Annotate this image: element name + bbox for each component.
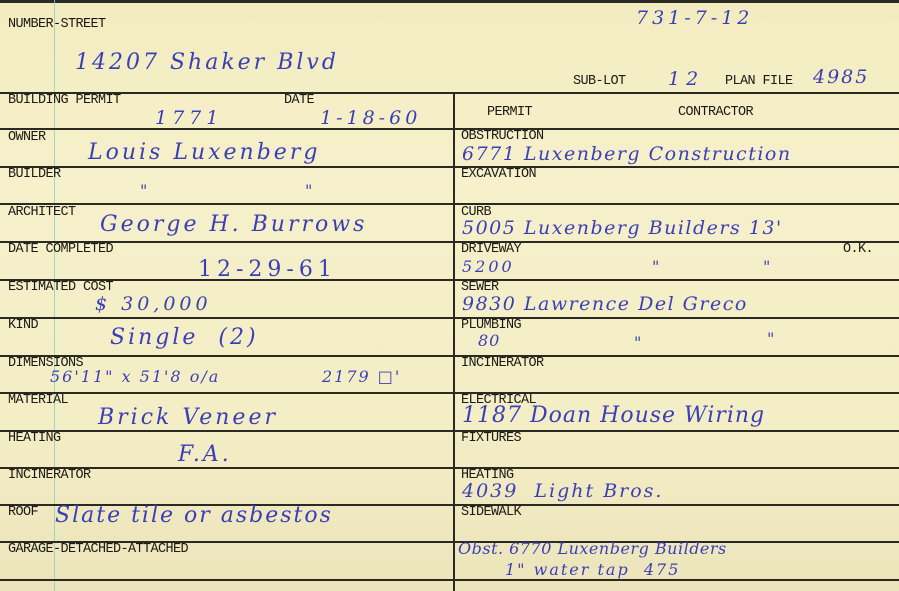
building-permit-value: 1771 (155, 109, 223, 128)
dimensions-area: 2179 □' (322, 369, 401, 385)
driveway-value: 5200 (462, 259, 515, 275)
electrical-value: 1187 Doan House Wiring (462, 405, 765, 427)
driveway-ditto: " (763, 259, 771, 275)
kind-value: Single (2) (110, 327, 259, 349)
rule (0, 203, 899, 205)
rule (0, 279, 899, 281)
sub-lot-value: 12 (668, 70, 704, 89)
rule (0, 92, 899, 94)
rule (0, 128, 899, 130)
driveway-status: O.K. (843, 243, 873, 257)
rule (0, 355, 899, 357)
roof-label: ROOF (8, 506, 38, 520)
column-divider (453, 92, 455, 591)
incinerator-right-label: INCINERATOR (461, 357, 544, 371)
rule (0, 430, 899, 432)
heating-right-value: 4039 Light Bros. (462, 482, 663, 501)
note-line-1: Obst. 6770 Luxenberg Builders (458, 541, 727, 557)
date-completed-value: 12-29-61 (198, 259, 337, 281)
excavation-label: EXCAVATION (461, 168, 536, 182)
builder-ditto: " (140, 183, 148, 199)
rule (0, 166, 899, 168)
architect-value: George H. Burrows (100, 214, 367, 236)
heating-value: F.A. (178, 444, 232, 466)
rule (0, 241, 899, 243)
driveway-label: DRIVEWAY (461, 243, 521, 257)
plumbing-ditto: " (634, 335, 642, 351)
material-value: Brick Veneer (98, 407, 278, 429)
date-value: 1-18-60 (320, 109, 421, 128)
builder-label: BUILDER (8, 168, 61, 182)
garage-label: GARAGE-DETACHED-ATTACHED (8, 543, 188, 557)
number-street-label: NUMBER-STREET (8, 18, 106, 32)
card-top-edge (0, 0, 899, 3)
address-value: 14207 Shaker Blvd (75, 52, 339, 74)
sub-lot-label: SUB-LOT (573, 75, 626, 89)
plumbing-ditto: " (767, 331, 775, 347)
rule (0, 579, 899, 581)
permit-header: PERMIT (487, 106, 532, 120)
fixtures-label: FIXTURES (461, 432, 521, 446)
incinerator-label: INCINERATOR (8, 469, 91, 483)
obstruction-label: OBSTRUCTION (461, 130, 544, 144)
plan-file-label: PLAN FILE (725, 75, 793, 89)
reference-number: 731-7-12 (636, 9, 753, 28)
rule (0, 392, 899, 394)
builder-ditto: " (305, 183, 313, 199)
rule (0, 467, 899, 469)
dimensions-value: 56'11" x 51'8 o/a (50, 369, 220, 385)
date-completed-label: DATE COMPLETED (8, 243, 113, 257)
sidewalk-label: SIDEWALK (461, 506, 521, 520)
rule (0, 317, 899, 319)
kind-label: KIND (8, 319, 38, 333)
plan-file-value: 4985 (813, 68, 869, 87)
curb-value: 5005 Luxenberg Builders 13' (462, 219, 783, 238)
material-label: MATERIAL (8, 394, 68, 408)
estimated-cost-value: $ 30,000 (95, 295, 212, 314)
plumbing-value: 80 (478, 333, 500, 349)
heating-label: HEATING (8, 432, 61, 446)
building-permit-label: BUILDING PERMIT (8, 94, 121, 108)
building-record-card: NUMBER-STREET 14207 Shaker Blvd 731-7-12… (0, 0, 899, 591)
obstruction-value: 6771 Luxenberg Construction (462, 145, 792, 164)
date-label: DATE (284, 94, 314, 108)
owner-label: OWNER (8, 131, 46, 145)
contractor-header: CONTRACTOR (678, 106, 753, 120)
owner-value: Louis Luxenberg (88, 142, 320, 164)
driveway-ditto: " (652, 259, 660, 275)
roof-value: Slate tile or asbestos (55, 505, 333, 527)
architect-label: ARCHITECT (8, 206, 76, 220)
sewer-value: 9830 Lawrence Del Greco (462, 295, 748, 314)
note-line-2: 1" water tap 475 (505, 562, 680, 578)
